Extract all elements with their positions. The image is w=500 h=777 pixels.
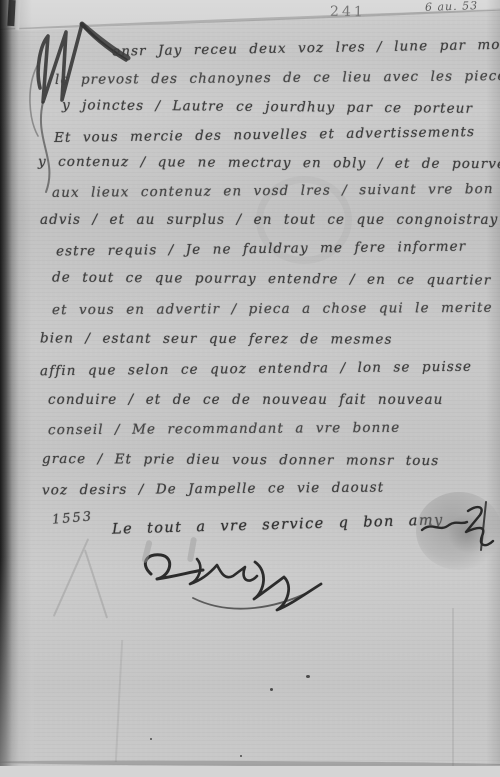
right-edge-shade xyxy=(486,0,500,777)
faint-seal-ring xyxy=(256,176,352,264)
letter-line: de tout ce que pourray entendre / en ce … xyxy=(52,269,491,288)
folio-number: 241 xyxy=(330,4,366,21)
manuscript-scan: 241 6 au. 53 onsr Jay receu deux voz lre… xyxy=(0,0,500,777)
binding-shadow-fade xyxy=(0,557,34,777)
ink-speck xyxy=(306,675,310,678)
letter-line: y contenuz / que ne mectray en obly / et… xyxy=(38,154,500,173)
ink-speck xyxy=(270,688,273,691)
signature-flourish xyxy=(135,546,345,621)
letter-line: grace / Et prie dieu vous donner monsr t… xyxy=(42,451,439,469)
ink-speck xyxy=(150,738,152,740)
date-annotation: 6 au. 53 xyxy=(425,0,479,14)
letter-line: et vous en advertir / pieca a chose qui … xyxy=(52,300,493,318)
ink-speck xyxy=(240,755,242,757)
letter-line: bien / estant seur que ferez de mesmes xyxy=(40,330,393,347)
page-bottom-strip xyxy=(0,766,500,777)
paper-crease xyxy=(452,608,454,768)
letter-line: conduire / et de ce de nouveau fait nouv… xyxy=(48,392,443,408)
letter-line: voz desirs / De Jampelle ce vie daoust xyxy=(42,480,384,499)
letter-line: conseil / Me recommandant a vre bonne xyxy=(48,420,400,438)
